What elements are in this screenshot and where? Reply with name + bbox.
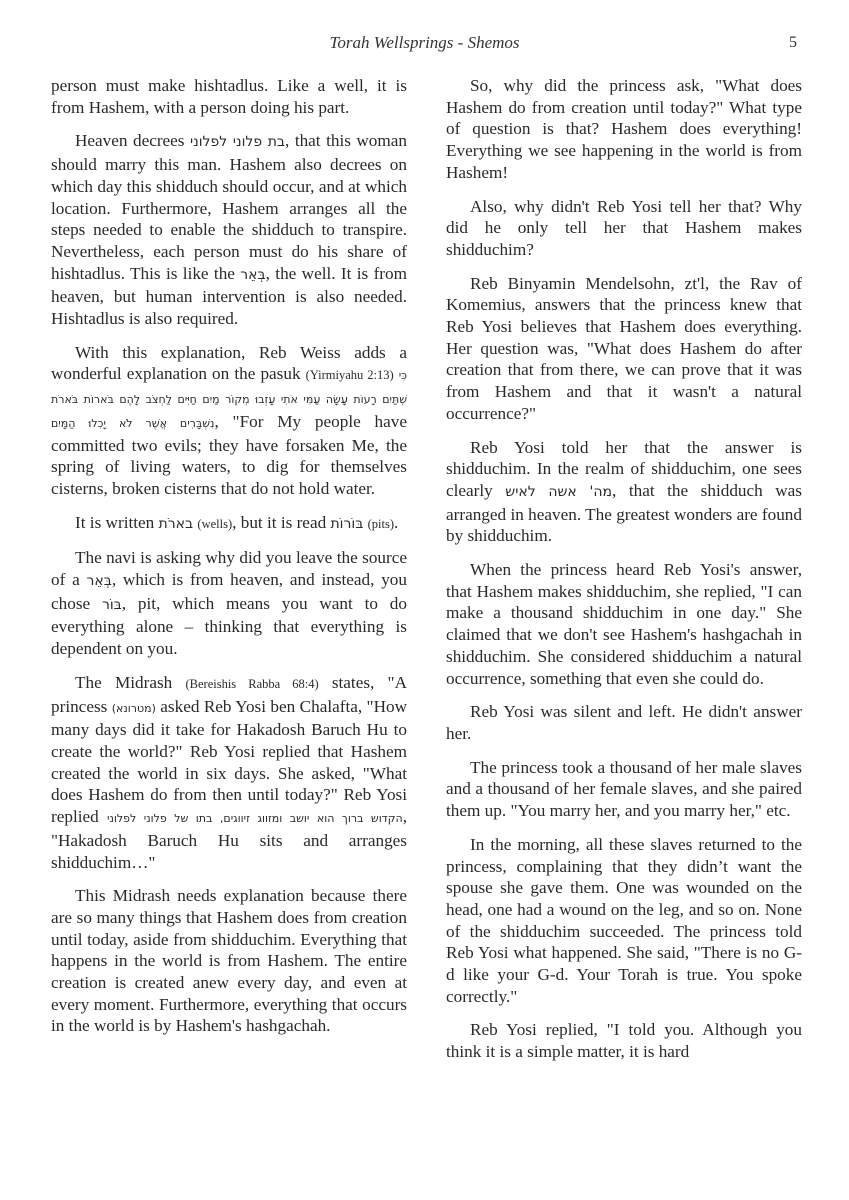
paragraph-text: Heaven decrees xyxy=(75,131,190,150)
paragraph-text: This Midrash needs explanation because t… xyxy=(51,886,407,1035)
paragraph-text: So, why did the princess ask, "What does… xyxy=(446,76,802,182)
hebrew-gloss: (מטרונא) xyxy=(112,702,156,715)
paragraph: Also, why didn't Reb Yosi tell her that?… xyxy=(446,196,802,261)
paragraph-text: The princess took a thousand of her male… xyxy=(446,758,802,820)
hebrew-phrase: מה' אשה לאיש xyxy=(505,484,612,500)
left-column: person must make hishtadlus. Like a well… xyxy=(51,75,407,1049)
hebrew-phrase: בת פלוני לפלוני xyxy=(190,134,285,150)
paragraph: Reb Yosi was silent and left. He didn't … xyxy=(446,701,802,744)
right-column: So, why did the princess ask, "What does… xyxy=(446,75,802,1075)
gloss: (wells) xyxy=(197,517,232,531)
paragraph-text: It is written xyxy=(75,513,159,532)
paragraph-text: Reb Yosi was silent and left. He didn't … xyxy=(446,702,802,743)
paragraph: The Midrash (Bereishis Rabba 68:4) state… xyxy=(51,672,407,873)
paragraph-text: When the princess heard Reb Yosi's answe… xyxy=(446,560,802,688)
paragraph: The princess took a thousand of her male… xyxy=(446,757,802,822)
source-reference: (Yirmiyahu 2:13) xyxy=(306,368,394,382)
paragraph-text: In the morning, all these slaves returne… xyxy=(446,835,802,1006)
paragraph: Reb Binyamin Mendelsohn, zt'l, the Rav o… xyxy=(446,273,802,425)
paragraph-text: Also, why didn't Reb Yosi tell her that?… xyxy=(446,197,802,259)
paragraph-text: person must make hishtadlus. Like a well… xyxy=(51,76,407,117)
hebrew-phrase: בְּאֵר xyxy=(87,573,112,589)
paragraph: It is written בארֹת (wells), but it is r… xyxy=(51,512,407,536)
paragraph-text: asked Reb Yosi ben Chalafta, "How many d… xyxy=(51,697,407,827)
hebrew-phrase: בּוֹרוֹת xyxy=(330,516,363,532)
paragraph: person must make hishtadlus. Like a well… xyxy=(51,75,407,118)
hebrew-phrase: בּוֹר xyxy=(102,597,122,613)
paragraph-text: , that this woman should marry this man.… xyxy=(51,131,407,282)
paragraph: Reb Yosi told her that the answer is shi… xyxy=(446,437,802,548)
hebrew-quote: הקדוש ברוך הוא יושב ומזווג זיווגים, בתו … xyxy=(107,812,403,825)
source-reference: (Bereishis Rabba 68:4) xyxy=(185,677,318,691)
running-title: Torah Wellsprings - Shemos xyxy=(0,33,849,53)
hebrew-phrase: בְּאֵר xyxy=(240,267,265,283)
paragraph: Heaven decrees בת פלוני לפלוני, that thi… xyxy=(51,130,407,329)
page-number: 5 xyxy=(789,34,797,52)
hebrew-phrase: בארֹת xyxy=(159,516,194,532)
paragraph: So, why did the princess ask, "What does… xyxy=(446,75,802,184)
paragraph: Reb Yosi replied, "I told you. Although … xyxy=(446,1019,802,1062)
paragraph: When the princess heard Reb Yosi's answe… xyxy=(446,559,802,689)
paragraph-text: The Midrash xyxy=(75,673,185,692)
gloss: (pits) xyxy=(368,517,394,531)
paragraph-text: , but it is read xyxy=(232,513,330,532)
paragraph: This Midrash needs explanation because t… xyxy=(51,885,407,1037)
paragraph-text: Reb Binyamin Mendelsohn, zt'l, the Rav o… xyxy=(446,274,802,423)
page-header: Torah Wellsprings - Shemos 5 xyxy=(0,33,849,59)
paragraph-text: . xyxy=(394,513,398,532)
paragraph: With this explanation, Reb Weiss adds a … xyxy=(51,342,407,500)
paragraph: In the morning, all these slaves returne… xyxy=(446,834,802,1008)
paragraph: The navi is asking why did you leave the… xyxy=(51,547,407,660)
paragraph-text: Reb Yosi replied, "I told you. Although … xyxy=(446,1020,802,1061)
